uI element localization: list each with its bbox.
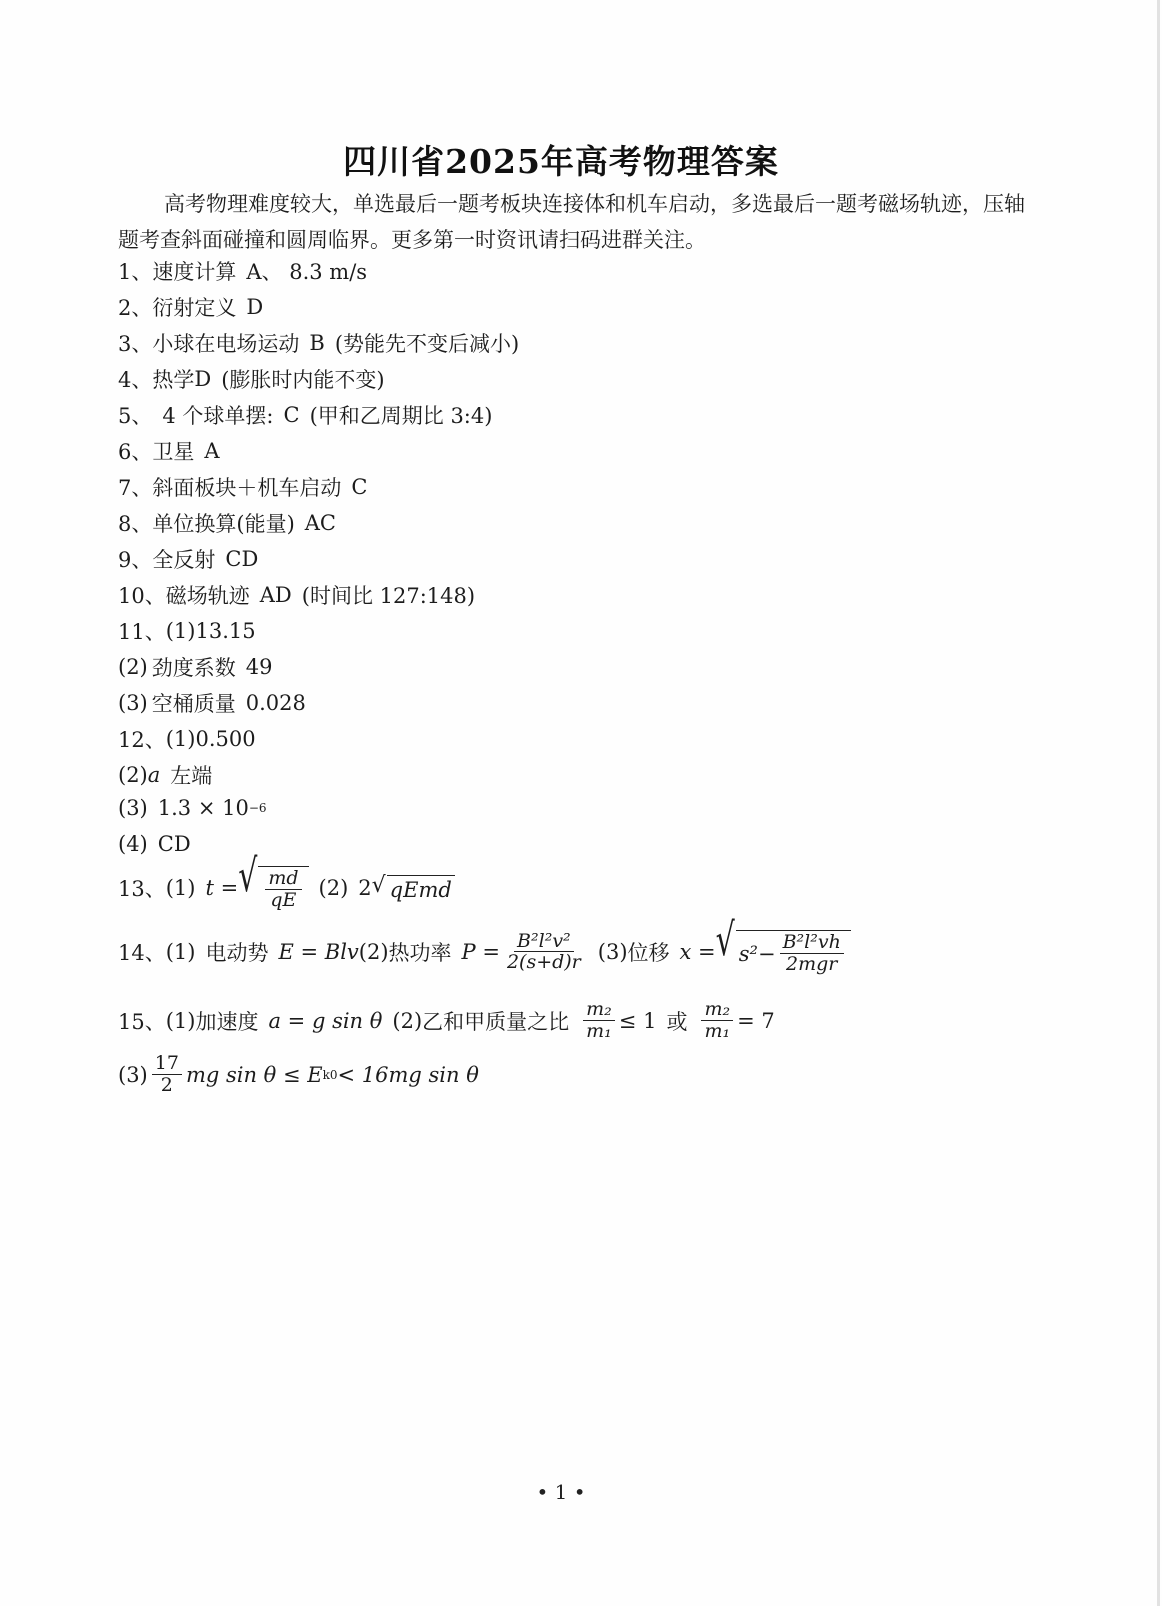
question-number: 13、 xyxy=(118,873,166,903)
fraction: B²l²v² 2(s+d)r xyxy=(504,932,584,974)
part-text: 热功率 xyxy=(389,937,452,967)
denominator: 2(s+d)r xyxy=(504,952,584,973)
numerator: m₂ xyxy=(701,1000,733,1021)
subscript: k0 xyxy=(323,1068,338,1082)
sqrt-expression: √ md qE xyxy=(238,866,308,911)
answer-line-7: 7、 斜面板块＋机车启动 C xyxy=(118,472,367,502)
answer-value: 1.3 × 10 xyxy=(158,796,249,820)
answer-value: D xyxy=(194,367,211,391)
conjunction: 或 xyxy=(666,1006,687,1036)
answer-note: (势能先不变后减小) xyxy=(335,328,519,358)
question-topic: 全反射 xyxy=(152,544,215,574)
answer-note: (甲和乙周期比 3:4) xyxy=(310,400,493,430)
page-number: • 1 • xyxy=(0,1480,1122,1504)
question-topic: 卫星 xyxy=(152,436,194,466)
part-text: 位移 xyxy=(628,937,670,967)
question-number: 2、 xyxy=(118,292,152,322)
question-number: 11、 xyxy=(118,616,166,646)
answer-value: 左端 xyxy=(170,760,212,790)
sqrt-expression: √ s²− B²l²vh 2mgr xyxy=(716,930,851,975)
answer-value: D xyxy=(246,295,263,319)
numerator: md xyxy=(265,869,301,890)
denominator: qE xyxy=(267,890,299,911)
fraction: B²l²vh 2mgr xyxy=(780,933,844,975)
part-label: (3) xyxy=(118,1063,148,1087)
question-number: 7、 xyxy=(118,472,152,502)
question-number: 15、 xyxy=(118,1006,166,1036)
question-topic: 4 个球单摆: xyxy=(162,400,273,430)
document-title: 四川省2025年高考物理答案 xyxy=(0,136,1122,183)
answer-value: AD xyxy=(260,583,292,607)
answer-value: A xyxy=(204,439,219,463)
part-text: 空桶质量 xyxy=(152,688,236,718)
question-topic: 衍射定义 xyxy=(152,292,236,322)
answer-line-11-2: (2) 劲度系数 49 xyxy=(118,652,272,682)
answer-value: AC xyxy=(305,511,336,535)
question-number: 9、 xyxy=(118,544,152,574)
question-number: 3、 xyxy=(118,328,152,358)
question-number: 8、 xyxy=(118,508,152,538)
answer-line-10: 10、 磁场轨迹 AD (时间比 127:148) xyxy=(118,580,475,610)
numerator: B²l²vh xyxy=(780,933,844,954)
numerator: m₂ xyxy=(583,1000,615,1021)
radical-sign: √ xyxy=(716,919,736,986)
radicand-term: s²− xyxy=(739,942,776,966)
exponent: −6 xyxy=(249,801,267,815)
radicand: qEmd xyxy=(387,875,455,902)
answer-line-12-2: (2) a 左端 xyxy=(118,760,212,790)
question-number: 4、 xyxy=(118,364,152,394)
denominator: m₁ xyxy=(701,1021,733,1042)
part-label: (1) xyxy=(166,940,196,964)
fraction: md qE xyxy=(265,869,301,911)
part-label: (3) xyxy=(118,691,148,715)
question-number: 14、 xyxy=(118,937,166,967)
part-label: (2) xyxy=(359,940,389,964)
answer-line-11-3: (3) 空桶质量 0.028 xyxy=(118,688,306,718)
condition: = 7 xyxy=(737,1009,775,1033)
radical-sign: √ xyxy=(372,875,387,902)
denominator: 2 xyxy=(158,1075,176,1096)
coefficient: 2 xyxy=(358,876,371,900)
numerator: 17 xyxy=(152,1054,182,1075)
question-number: 6、 xyxy=(118,436,152,466)
numerator: B²l²v² xyxy=(514,932,574,953)
answer-value: CD xyxy=(225,547,258,571)
answer-value: C xyxy=(284,403,300,427)
denominator: 2mgr xyxy=(783,954,840,975)
question-topic: 单位换算(能量) xyxy=(152,508,294,538)
part-label: (4) xyxy=(118,832,148,856)
formula: a = g sin θ xyxy=(268,1009,382,1033)
answer-note: (时间比 127:148) xyxy=(302,580,475,610)
part-label: (3) xyxy=(598,940,628,964)
answer-line-8: 8、 单位换算(能量) AC xyxy=(118,508,336,538)
fraction: 17 2 xyxy=(152,1054,182,1096)
part-label: (2) xyxy=(118,763,148,787)
part-label: (1) xyxy=(166,619,196,643)
part-label: (2) xyxy=(319,876,349,900)
part-label: (2) xyxy=(118,655,148,679)
answer-line-13: 13、 (1) t = √ md qE (2) 2 √ qEmd xyxy=(118,866,455,911)
answer-line-6: 6、 卫星 A xyxy=(118,436,220,466)
answer-line-3: 3、 小球在电场运动 B (势能先不变后减小) xyxy=(118,328,519,358)
answer-value: 0.028 xyxy=(246,691,306,715)
answer-line-1: 1、 速度计算 A、 8.3 m/s xyxy=(118,256,367,286)
sqrt-expression: √ qEmd xyxy=(372,875,455,902)
part-text: 乙和甲质量之比 xyxy=(422,1006,569,1036)
question-topic: 小球在电场运动 xyxy=(152,328,299,358)
document-page: 四川省2025年高考物理答案 高考物理难度较大，单选最后一题考板块连接体和机车启… xyxy=(0,0,1162,1606)
answer-line-15-3: (3) 17 2 mg sin θ ≤ Ek0 < 16mg sin θ xyxy=(118,1054,479,1096)
question-topic: 磁场轨迹 xyxy=(166,580,250,610)
answer-value: 0.500 xyxy=(195,727,255,751)
fraction: m₂ m₁ xyxy=(701,1000,733,1042)
part-label: (1) xyxy=(166,727,196,751)
answer-value: A、 8.3 m/s xyxy=(246,256,367,286)
formula: E = Blv xyxy=(278,940,358,964)
question-number: 5、 xyxy=(118,400,152,430)
answer-value: C xyxy=(351,475,367,499)
fraction: m₂ m₁ xyxy=(583,1000,615,1042)
answer-value: 13.15 xyxy=(195,619,255,643)
question-number: 1、 xyxy=(118,256,152,286)
answer-line-5: 5、 4 个球单摆: C (甲和乙周期比 3:4) xyxy=(118,400,492,430)
part-text: 电动势 xyxy=(205,937,268,967)
answer-line-12-4: (4) CD xyxy=(118,832,191,856)
question-number: 10、 xyxy=(118,580,166,610)
part-label: (3) xyxy=(118,796,148,820)
answer-line-2: 2、 衍射定义 D xyxy=(118,292,263,322)
formula-lhs: P = xyxy=(462,940,500,964)
formula: < 16mg sin θ xyxy=(338,1063,479,1087)
denominator: m₁ xyxy=(583,1021,615,1042)
page-edge-shadow xyxy=(1157,0,1160,1606)
variable: a xyxy=(148,763,161,787)
answer-value: CD xyxy=(158,832,191,856)
question-topic: 斜面板块＋机车启动 xyxy=(152,472,341,502)
part-label: (2) xyxy=(392,1009,422,1033)
formula-lhs: t = xyxy=(205,876,238,900)
answer-note: (膨胀时内能不变) xyxy=(221,364,384,394)
question-topic: 速度计算 xyxy=(152,256,236,286)
question-number: 12、 xyxy=(118,724,166,754)
answer-line-9: 9、 全反射 CD xyxy=(118,544,258,574)
part-text: 劲度系数 xyxy=(152,652,236,682)
radical-sign: √ xyxy=(238,855,258,922)
question-topic: 热学 xyxy=(152,364,194,394)
answer-line-12-3: (3) 1.3 × 10−6 xyxy=(118,796,267,820)
answer-line-14: 14、 (1) 电动势 E = Blv (2) 热功率 P = B²l²v² 2… xyxy=(118,930,851,975)
formula: mg sin θ ≤ E xyxy=(186,1063,323,1087)
answer-line-12-1: 12、 (1) 0.500 xyxy=(118,724,256,754)
answer-line-15: 15、 (1) 加速度 a = g sin θ (2) 乙和甲质量之比 m₂ m… xyxy=(118,1000,775,1042)
formula-lhs: x = xyxy=(680,940,716,964)
answer-value: B xyxy=(309,331,324,355)
answer-line-4: 4、 热学 D (膨胀时内能不变) xyxy=(118,364,385,394)
answer-value: 49 xyxy=(246,655,273,679)
part-label: (1) xyxy=(166,876,196,900)
condition: ≤ 1 xyxy=(619,1009,657,1033)
part-label: (1) xyxy=(166,1009,196,1033)
part-text: 加速度 xyxy=(195,1006,258,1036)
intro-paragraph: 高考物理难度较大，单选最后一题考板块连接体和机车启动，多选最后一题考磁场轨迹，压… xyxy=(118,186,1038,258)
answer-line-11-1: 11、 (1) 13.15 xyxy=(118,616,256,646)
